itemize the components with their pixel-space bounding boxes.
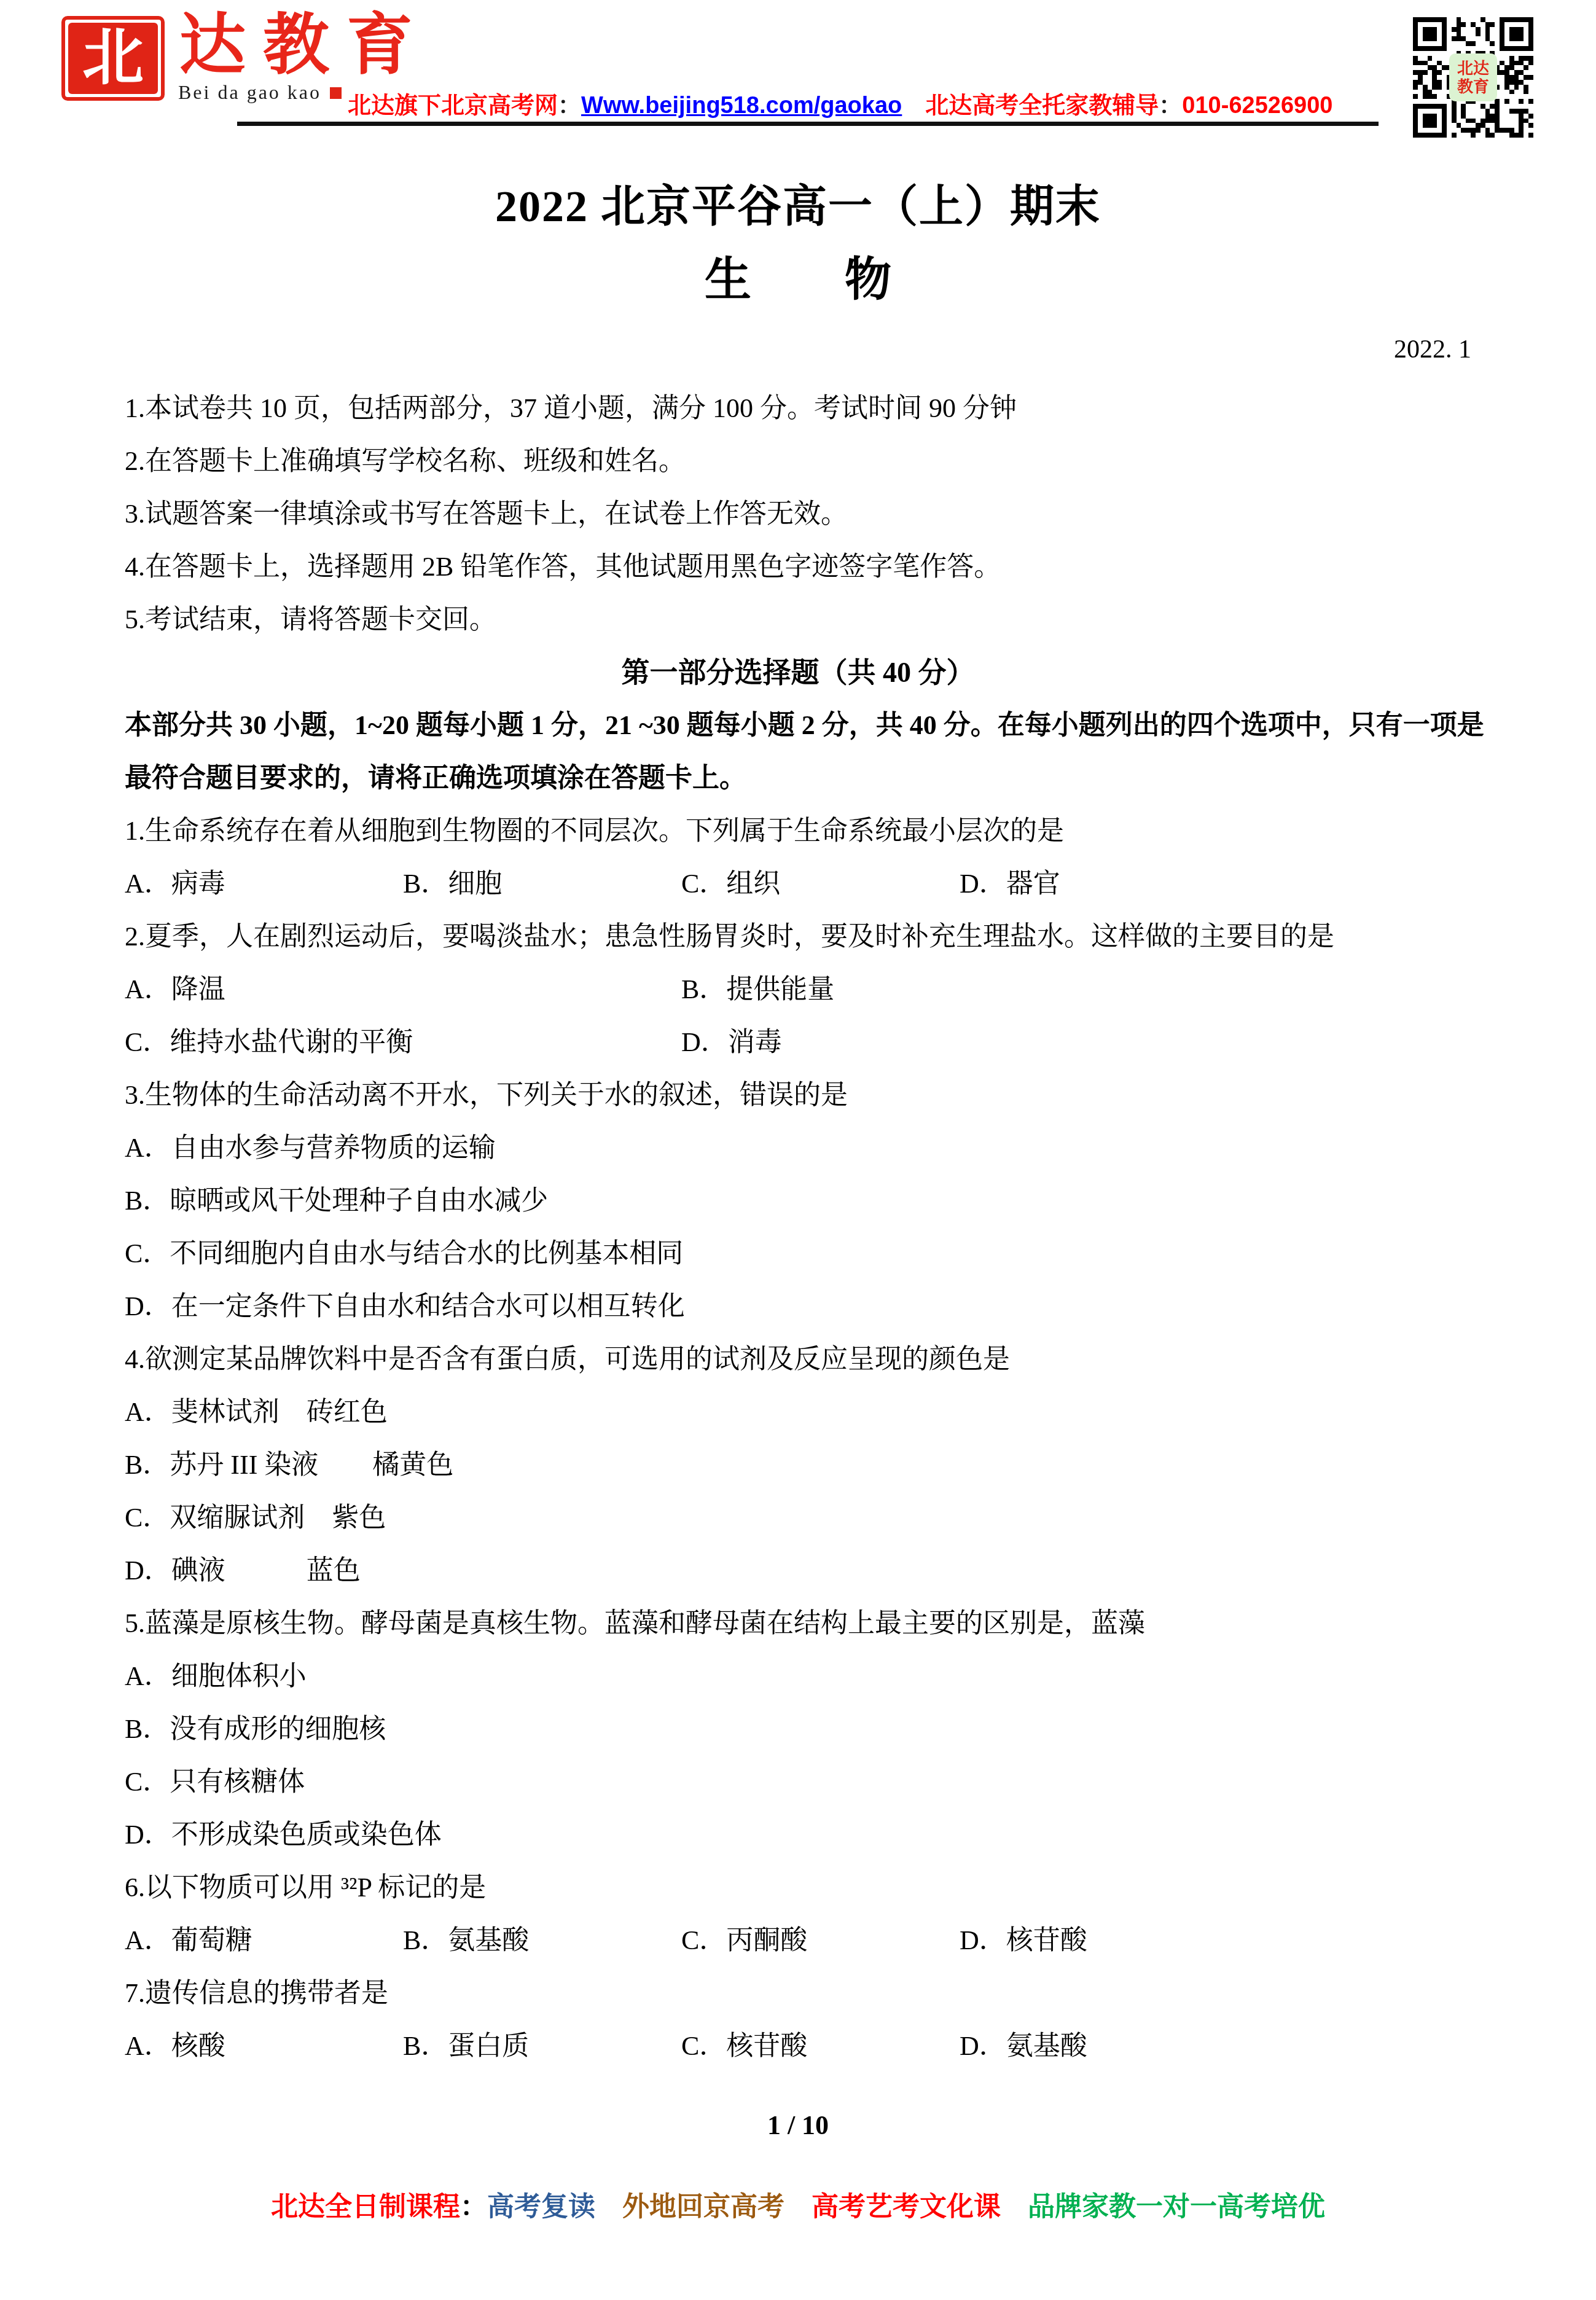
option: B．蛋白质 <box>403 2020 681 2073</box>
question-options: A．斐林试剂 砖红色B．苏丹 III 染液 橘黄色C．双缩脲试剂 紫色D．碘液 … <box>125 1386 1471 1597</box>
brand-square-icon <box>330 87 342 99</box>
option: B．提供能量 <box>681 963 1471 1016</box>
notice-item: 3.试题答案一律填涂或书写在答题卡上，在试卷上作答无效。 <box>125 488 1471 541</box>
question-stem: 4.欲测定某品牌饮料中是否含有蛋白质，可选用的试剂及反应呈现的颜色是 <box>125 1333 1471 1386</box>
section-intro: 本部分共 30 小题，1~20 题每小题 1 分，21 ~30 题每小题 2 分… <box>125 699 1471 805</box>
footer-segment: 高考复读 <box>487 2192 595 2222</box>
option: C．核苷酸 <box>681 2020 960 2073</box>
page-title: 2022 北京平谷高一（上）期末 <box>125 172 1471 241</box>
brand-seal-icon: 北 <box>61 16 165 101</box>
notice-item: 2.在答题卡上准确填写学校名称、班级和姓名。 <box>125 435 1471 488</box>
notice-item: 4.在答题卡上，选择题用 2B 铅笔作答，其他试题用黑色字迹签字笔作答。 <box>125 541 1471 593</box>
footer-segment: 外地回京高考 <box>595 2192 784 2222</box>
option: A．自由水参与营养物质的运输 <box>125 1122 1471 1175</box>
header-info-segment: ： <box>558 93 581 119</box>
option: C．双缩脲试剂 紫色 <box>125 1492 1471 1544</box>
notice-list: 1.本试卷共 10 页，包括两部分，37 道小题，满分 100 分。考试时间 9… <box>125 382 1471 646</box>
section-intro-line: 最符合题目要求的，请将正确选项填涂在答题卡上。 <box>125 752 1471 805</box>
header-info-segment: 北达高考全托家教辅导 <box>902 93 1159 119</box>
option: C．丙酮酸 <box>681 1914 960 1967</box>
section-heading: 第一部分选择题（共 40 分） <box>125 646 1471 699</box>
option: B．晾晒或风干处理种子自由水减少 <box>125 1175 1471 1227</box>
option: A．细胞体积小 <box>125 1650 1471 1703</box>
question-options: A．降温B．提供能量C．维持水盐代谢的平衡D．消毒 <box>125 963 1471 1069</box>
header-info-segment: 北达旗下北京高考网 <box>348 93 558 119</box>
option: A．降温 <box>125 963 681 1016</box>
question: 6.以下物质可以用 ³²P 标记的是 A．葡萄糖B．氨基酸C．丙酮酸D．核苷酸 <box>125 1861 1471 1967</box>
question: 4.欲测定某品牌饮料中是否含有蛋白质，可选用的试剂及反应呈现的颜色是 A．斐林试… <box>125 1333 1471 1597</box>
qr-label-line2: 教育 <box>1457 77 1489 96</box>
exam-date: 2022. 1 <box>125 331 1471 369</box>
question-stem: 7.遗传信息的携带者是 <box>125 1967 1471 2020</box>
header: 北 达教育 Bei da gao kao 北达旗下北京高考网：Www.beiji… <box>0 0 1596 172</box>
question-stem: 2.夏季，人在剧烈运动后，要喝淡盐水；患急性肠胃炎时，要及时补充生理盐水。这样做… <box>125 910 1471 963</box>
question-options: A．细胞体积小B．没有成形的细胞核C．只有核糖体D．不形成染色质或染色体 <box>125 1650 1471 1861</box>
question: 5.蓝藻是原核生物。酵母菌是真核生物。蓝藻和酵母菌在结构上最主要的区别是，蓝藻 … <box>125 1597 1471 1861</box>
option: B．细胞 <box>403 858 681 910</box>
question-options: A．病毒B．细胞C．组织D．器官 <box>125 858 1471 910</box>
option: D．碘液 蓝色 <box>125 1544 1471 1597</box>
question-options: A．葡萄糖B．氨基酸C．丙酮酸D．核苷酸 <box>125 1914 1471 1967</box>
footer-segment: 北达全日制课程 <box>271 2192 460 2222</box>
option: B．没有成形的细胞核 <box>125 1703 1471 1756</box>
notice-item: 1.本试卷共 10 页，包括两部分，37 道小题，满分 100 分。考试时间 9… <box>125 382 1471 435</box>
option: C．只有核糖体 <box>125 1756 1471 1809</box>
option: D．消毒 <box>681 1016 1471 1069</box>
question-stem: 3.生物体的生命活动离不开水，下列关于水的叙述，错误的是 <box>125 1069 1471 1122</box>
page-number: 1 / 10 <box>125 2107 1471 2144</box>
question: 3.生物体的生命活动离不开水，下列关于水的叙述，错误的是 A．自由水参与营养物质… <box>125 1069 1471 1333</box>
option: B．氨基酸 <box>403 1914 681 1967</box>
subject-title: 生 物 <box>125 244 1471 316</box>
qr-center-label: 北达 教育 <box>1449 53 1497 101</box>
question-options: A．核酸B．蛋白质C．核苷酸D．氨基酸 <box>125 2020 1471 2073</box>
option: B．苏丹 III 染液 橘黄色 <box>125 1439 1471 1492</box>
section-intro-line: 本部分共 30 小题，1~20 题每小题 1 分，21 ~30 题每小题 2 分… <box>125 699 1471 752</box>
option: C．不同细胞内自由水与结合水的比例基本相同 <box>125 1227 1471 1280</box>
option: A．葡萄糖 <box>125 1914 403 1967</box>
footer-segment: 品牌家教一对一高考培优 <box>1001 2192 1325 2222</box>
header-info-segment: ： <box>1159 93 1182 119</box>
brand-script-text: 达教育 <box>179 11 430 80</box>
header-info-line: 北达旗下北京高考网：Www.beijing518.com/gaokao 北达高考… <box>348 91 1332 120</box>
header-divider <box>237 122 1379 126</box>
question: 2.夏季，人在剧烈运动后，要喝淡盐水；患急性肠胃炎时，要及时补充生理盐水。这样做… <box>125 910 1471 1069</box>
question-stem: 5.蓝藻是原核生物。酵母菌是真核生物。蓝藻和酵母菌在结构上最主要的区别是，蓝藻 <box>125 1597 1471 1650</box>
footer-segment: ： <box>460 2192 487 2222</box>
option: C．维持水盐代谢的平衡 <box>125 1016 681 1069</box>
footer: 北达全日制课程：高考复读 外地回京高考 高考艺考文化课 品牌家教一对一高考培优 <box>0 2185 1596 2224</box>
option: C．组织 <box>681 858 960 910</box>
question-stem: 1.生命系统存在着从细胞到生物圈的不同层次。下列属于生命系统最小层次的是 <box>125 805 1471 858</box>
exam-paper-page: { "colors": { "brand_red": "#e02416", "h… <box>0 0 1596 2300</box>
questions: 1.生命系统存在着从细胞到生物圈的不同层次。下列属于生命系统最小层次的是 A．病… <box>125 805 1471 2073</box>
brand-seal-character: 北 <box>82 28 144 89</box>
option: A．核酸 <box>125 2020 403 2073</box>
option: D．在一定条件下自由水和结合水可以相互转化 <box>125 1280 1471 1333</box>
content: 2022 北京平谷高一（上）期末 生 物 2022. 1 1.本试卷共 10 页… <box>125 172 1471 2144</box>
question-stem: 6.以下物质可以用 ³²P 标记的是 <box>125 1861 1471 1914</box>
question: 1.生命系统存在着从细胞到生物圈的不同层次。下列属于生命系统最小层次的是 A．病… <box>125 805 1471 910</box>
option: D．不形成染色质或染色体 <box>125 1809 1471 1861</box>
header-info-segment: 010-62526900 <box>1182 93 1332 119</box>
notice-item: 5.考试结束，请将答题卡交回。 <box>125 593 1471 646</box>
footer-segment: 高考艺考文化课 <box>784 2192 1001 2222</box>
question-options: A．自由水参与营养物质的运输B．晾晒或风干处理种子自由水减少C．不同细胞内自由水… <box>125 1122 1471 1333</box>
qr-code: 北达 教育 <box>1413 17 1533 138</box>
brand-seal-background: 北 <box>68 23 158 94</box>
question: 7.遗传信息的携带者是 A．核酸B．蛋白质C．核苷酸D．氨基酸 <box>125 1967 1471 2073</box>
option: D．核苷酸 <box>960 1914 1471 1967</box>
brand-subtext-label: Bei da gao kao <box>178 81 321 103</box>
brand-subtext: Bei da gao kao <box>178 81 342 104</box>
option: A．斐林试剂 砖红色 <box>125 1386 1471 1439</box>
option: D．器官 <box>960 858 1471 910</box>
header-website-link[interactable]: Www.beijing518.com/gaokao <box>581 93 902 119</box>
qr-label-line1: 北达 <box>1457 59 1489 77</box>
option: D．氨基酸 <box>960 2020 1471 2073</box>
option: A．病毒 <box>125 858 403 910</box>
